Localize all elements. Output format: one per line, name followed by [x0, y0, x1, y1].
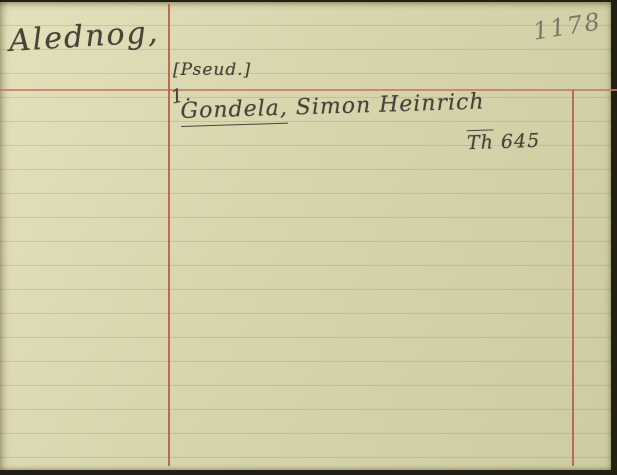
red-rule-horizontal [0, 89, 617, 91]
pseudonym-note: [Pseud.] [173, 60, 251, 80]
red-rule-vertical-right [572, 90, 574, 466]
card-number: 1178 [531, 7, 604, 45]
shelfmark-prefix: Th [467, 129, 495, 154]
scanned-photo: Alednog, 1178 [Pseud.] 1. Gondela, Simon… [0, 0, 617, 475]
red-rule-vertical-left [168, 4, 170, 466]
shelfmark-number: 645 [501, 130, 541, 153]
card-heading: Alednog, [8, 15, 160, 59]
entry-forenames: Simon Heinrich [295, 89, 485, 120]
shelfmark: Th 645 [467, 130, 541, 155]
entry-name-line: Gondela, Simon Heinrich [180, 89, 485, 124]
entry-surname: Gondela, [180, 96, 288, 127]
catalog-card: Alednog, 1178 [Pseud.] 1. Gondela, Simon… [0, 2, 611, 470]
